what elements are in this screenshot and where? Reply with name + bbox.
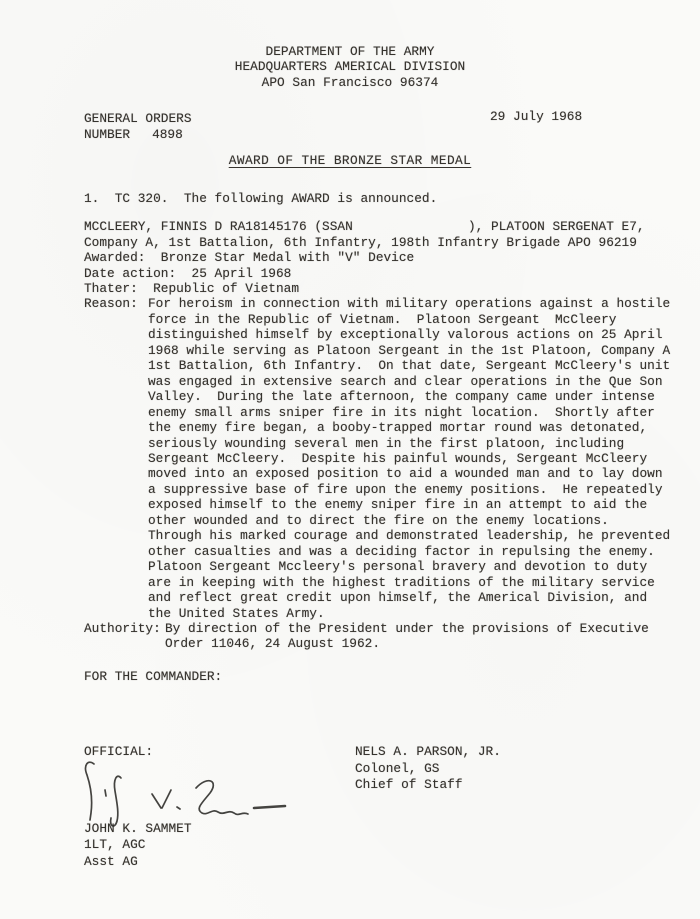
orders-block: GENERAL ORDERS NUMBER4898 29 July 1968 xyxy=(84,111,700,142)
order-date: 29 July 1968 xyxy=(490,109,582,124)
general-orders-label: GENERAL ORDERS xyxy=(84,111,700,126)
citation-block: MCCLEERY, FINNIS D RA18145176 (SSAN ), P… xyxy=(84,219,700,296)
authority-text: By direction of the President under the … xyxy=(165,621,649,652)
document-title: AWARD OF THE BRONZE STAR MEDAL xyxy=(229,153,471,168)
reason-text: For heroism in connection with military … xyxy=(148,296,670,621)
signer-title: Asst AG xyxy=(84,854,355,871)
authority-row: Authority: By direction of the President… xyxy=(84,621,700,652)
signer-rank: 1LT, AGC xyxy=(84,837,355,854)
letterhead-address: APO San Francisco 96374 xyxy=(0,75,700,90)
signature-handwriting xyxy=(78,757,288,835)
letterhead-headquarters: HEADQUARTERS AMERICAL DIVISION xyxy=(0,59,700,74)
signature-section: OFFICIAL: JOHN K. SAMMET 1LT, AGC Asst A… xyxy=(84,744,700,870)
orders-number-value: 4898 xyxy=(152,127,183,142)
document-page: DEPARTMENT OF THE ARMY HEADQUARTERS AMER… xyxy=(0,0,700,919)
letterhead: DEPARTMENT OF THE ARMY HEADQUARTERS AMER… xyxy=(0,0,700,90)
for-the-commander-line: FOR THE COMMANDER: xyxy=(84,669,700,684)
reason-label: Reason: xyxy=(84,296,148,621)
orders-number-line: NUMBER4898 xyxy=(84,127,700,142)
officer-title: Chief of Staff xyxy=(355,777,501,794)
reason-row: Reason: For heroism in connection with m… xyxy=(84,296,700,621)
officer-name: NELS A. PARSON, JR. xyxy=(355,744,501,761)
title-row: AWARD OF THE BRONZE STAR MEDAL xyxy=(0,153,700,168)
letterhead-department: DEPARTMENT OF THE ARMY xyxy=(0,44,700,59)
announcement-line: 1. TC 320. The following AWARD is announ… xyxy=(84,191,700,206)
official-block: OFFICIAL: JOHN K. SAMMET 1LT, AGC Asst A… xyxy=(84,744,355,870)
officer-block: NELS A. PARSON, JR. Colonel, GS Chief of… xyxy=(355,744,501,870)
orders-number-label: NUMBER xyxy=(84,127,130,142)
authority-label: Authority: xyxy=(84,621,165,652)
officer-rank: Colonel, GS xyxy=(355,761,501,778)
